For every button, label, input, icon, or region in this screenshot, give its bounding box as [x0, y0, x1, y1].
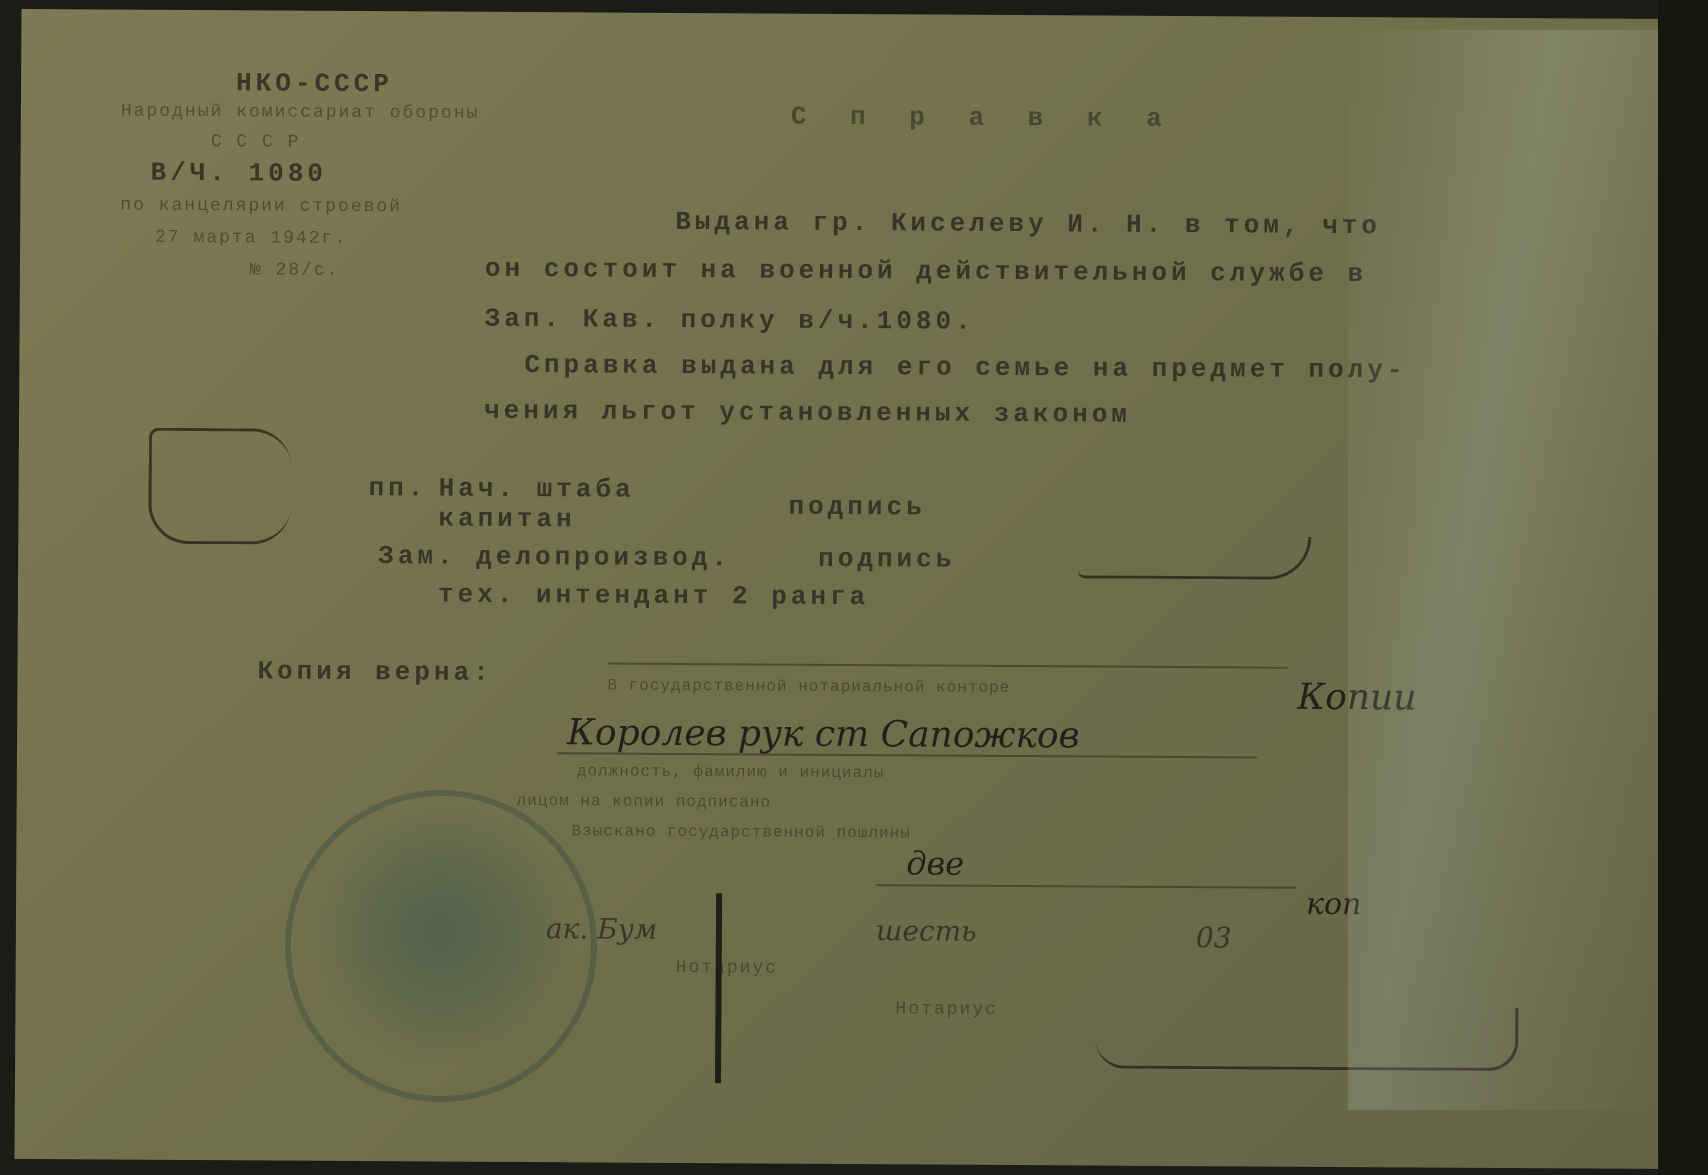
- notary-printed-3: лицом на копии подписано: [517, 792, 772, 812]
- notary-rule-3: [876, 884, 1296, 889]
- notary-handwritten-03: 03: [1196, 921, 1232, 954]
- document-title: С п р а в к а: [791, 102, 1176, 134]
- paper-tear: [715, 893, 722, 1083]
- header-commissariat: Народный комиссариат обороны: [121, 102, 480, 124]
- notary-printed-6: Нотариус: [895, 999, 998, 1020]
- sig1-sign-label: подпись: [788, 492, 925, 523]
- sig2-sign-label: подпись: [818, 544, 955, 575]
- notary-handwritten-amount: две: [906, 844, 964, 882]
- notary-handwritten-mid: шесть: [876, 914, 977, 948]
- header-date: 27 марта 1942г.: [155, 228, 347, 249]
- header-number: № 28/с.: [250, 260, 340, 281]
- photo-background-edge: [1658, 0, 1708, 1175]
- notary-rule-1: [608, 663, 1288, 669]
- notary-printed-2: должность, фамилию и инициалы: [577, 762, 885, 782]
- notary-printed-5: Нотариус: [676, 958, 779, 979]
- plastic-glare: [1348, 30, 1678, 1110]
- header-org: НКО-СССР: [236, 68, 393, 99]
- body-line-4: Справка выдана для его семье на предмет …: [524, 350, 1406, 385]
- round-seal-stamp: [285, 790, 597, 1102]
- body-line-5: чения льгот установленных законом: [484, 396, 1131, 430]
- sig1-rank: капитан: [438, 503, 575, 534]
- sig1-role: Нач. штаба: [439, 473, 635, 504]
- copy-verified-label: Копия верна:: [257, 656, 492, 687]
- header-country: С С С Р: [211, 132, 301, 153]
- sig2-rank: тех. интендант 2 ранга: [438, 579, 869, 612]
- header-unit: В/Ч. 1080: [150, 158, 327, 189]
- body-line-2: он состоит на военной действительной слу…: [485, 254, 1367, 289]
- body-line-3: Зап. Кав. полку в/ч.1080.: [485, 304, 975, 337]
- body-line-1: Выдана гр. Киселеву И. Н. в том, что: [675, 207, 1381, 241]
- sig1-prefix: пп.: [369, 473, 428, 503]
- sig2-role: Зам. делопроизвод.: [378, 541, 731, 573]
- signature-scrawl-left: [148, 428, 292, 545]
- notary-handwritten-name: Королев рук ст Сапожков: [567, 712, 1080, 756]
- signature-scrawl-right: [1078, 535, 1311, 579]
- header-department: по канцелярии строевой: [120, 196, 402, 218]
- notary-printed-line: В государственной нотариальной конторе: [607, 677, 1010, 697]
- notary-printed-4: Взыскано государственной пошлины: [571, 822, 910, 842]
